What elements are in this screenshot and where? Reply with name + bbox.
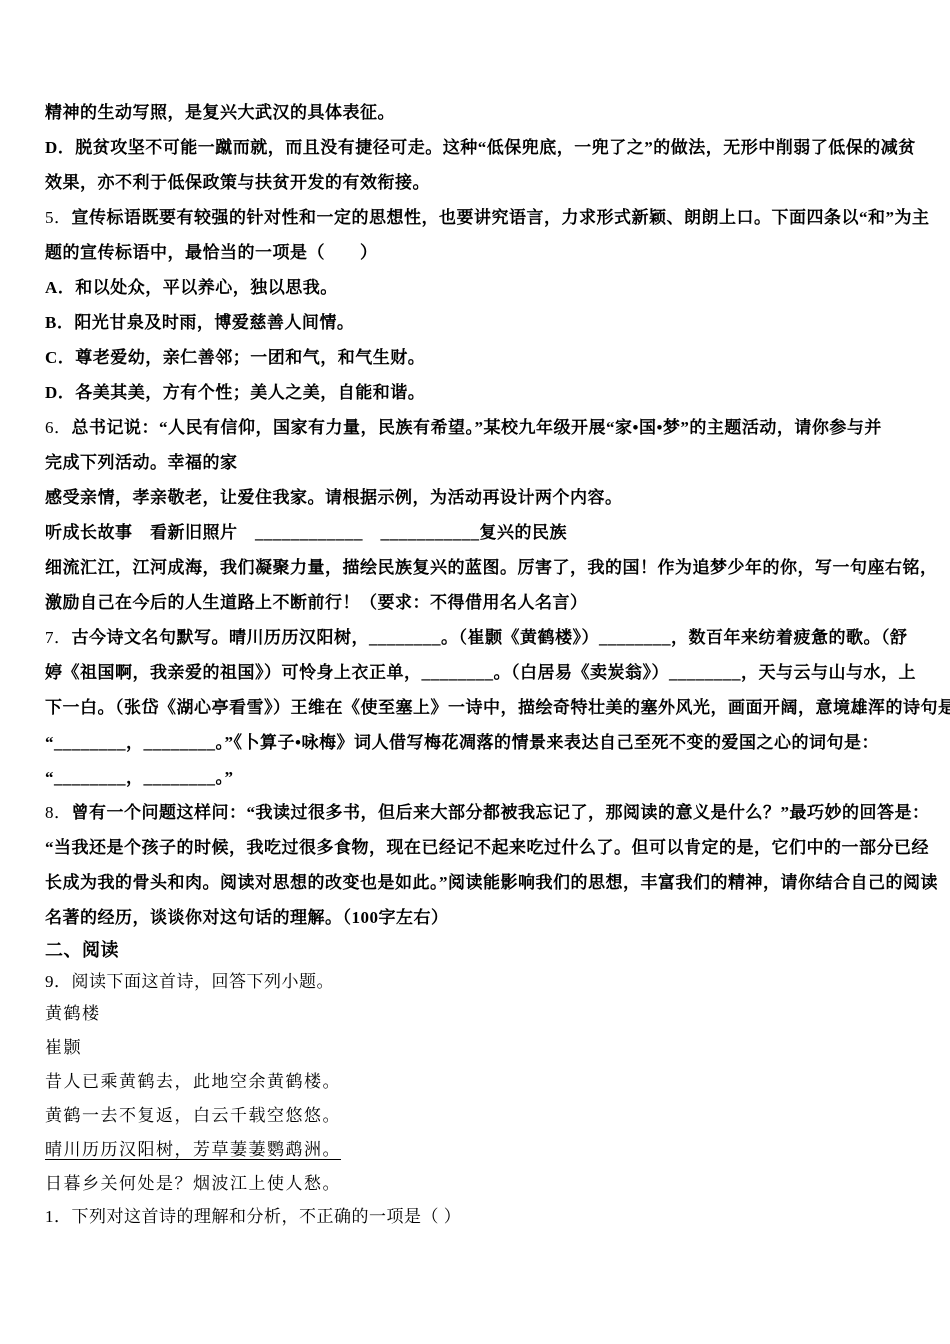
line-text: A．和以处众，平以养心，独以思我。 [45, 278, 338, 297]
line-text: 婷《祖国啊，我亲爱的祖国》）可怜身上衣正单，________。（白居易《卖炭翁》… [45, 663, 916, 682]
line-text: 宣传标语既要有较强的针对性和一定的思想性，也要讲究语言，力求形式新颖、朗朗上口。… [72, 208, 930, 227]
line-text: 题的宣传标语中，最恰当的一项是（ ） [45, 243, 378, 262]
question-number: 8． [45, 803, 72, 822]
text-line: C．尊老爱幼，亲仁善邻；一团和气，和气生财。 [45, 340, 920, 375]
exam-page: 精神的生动写照，是复兴大武汉的具体表征。D．脱贫攻坚不可能一蹴而就，而且没有捷径… [0, 0, 950, 1344]
text-line: 晴川历历汉阳树，芳草萋萋鹦鹉洲。 [45, 1133, 920, 1167]
text-line: 5．宣传标语既要有较强的针对性和一定的思想性，也要讲究语言，力求形式新颖、朗朗上… [45, 200, 920, 235]
text-line: “________，________。”《卜算子•咏梅》词人借写梅花凋落的情景来… [45, 725, 920, 760]
line-text: D．各美其美，方有个性；美人之美，自能和谐。 [45, 383, 425, 402]
line-text: 激励自己在今后的人生道路上不断前行！（要求：不得借用名人名言） [45, 593, 588, 612]
text-line: 婷《祖国啊，我亲爱的祖国》）可怜身上衣正单，________。（白居易《卖炭翁》… [45, 655, 920, 690]
line-text: 曾有一个问题这样问：“我读过很多书，但后来大部分都被我忘记了，那阅读的意义是什么… [72, 803, 930, 822]
line-text: “________，________。” [45, 768, 234, 787]
line-text: 细流汇江，江河成海，我们凝聚力量，描绘民族复兴的蓝图。厉害了，我的国！作为追梦少… [45, 558, 938, 577]
question-number: 5． [45, 208, 72, 227]
line-text: 下列对这首诗的理解和分析，不正确的一项是（ ） [72, 1207, 462, 1226]
text-line: 听成长故事 看新旧照片 ____________ ___________复兴的民… [45, 515, 920, 550]
line-text: C．尊老爱幼，亲仁善邻；一团和气，和气生财。 [45, 348, 425, 367]
line-text: “________，________。”《卜算子•咏梅》词人借写梅花凋落的情景来… [45, 733, 879, 752]
line-text: 感受亲情，孝亲敬老，让爱住我家。请根据示例，为活动再设计两个内容。 [45, 488, 623, 507]
text-line: D．脱贫攻坚不可能一蹴而就，而且没有捷径可走。这种“低保兜底，一兜了之”的做法，… [45, 130, 920, 165]
question-number: 7． [45, 628, 72, 647]
text-line: 细流汇江，江河成海，我们凝聚力量，描绘民族复兴的蓝图。厉害了，我的国！作为追梦少… [45, 550, 920, 585]
text-line: D．各美其美，方有个性；美人之美，自能和谐。 [45, 375, 920, 410]
text-line: 激励自己在今后的人生道路上不断前行！（要求：不得借用名人名言） [45, 585, 920, 620]
question-number: 6． [45, 418, 72, 437]
line-text: 昔人已乘黄鹤去，此地空余黄鹤楼。 [45, 1072, 341, 1091]
line-text: 效果，亦不利于低保政策与扶贫开发的有效衔接。 [45, 173, 430, 192]
text-line: “________，________。” [45, 760, 920, 795]
text-line: 日暮乡关何处是？烟波江上使人愁。 [45, 1167, 920, 1201]
line-text: 听成长故事 看新旧照片 ____________ ___________复兴的民… [45, 523, 567, 542]
exam-content: 精神的生动写照，是复兴大武汉的具体表征。D．脱贫攻坚不可能一蹴而就，而且没有捷径… [45, 95, 920, 1232]
text-line: 崔颢 [45, 1031, 920, 1065]
text-line: 完成下列活动。幸福的家 [45, 445, 920, 480]
text-line: 1．下列对这首诗的理解和分析，不正确的一项是（ ） [45, 1201, 920, 1232]
text-line: 长成为我的骨头和肉。阅读对思想的改变也是如此。”阅读能影响我们的思想，丰富我们的… [45, 865, 920, 900]
text-line: “当我还是个孩子的时候，我吃过很多食物，现在已经记不起来吃过什么了。但可以肯定的… [45, 830, 920, 865]
text-line: 7．古今诗文名句默写。晴川历历汉阳树，________。（崔颢《黄鹤楼》）___… [45, 620, 920, 655]
line-text: 黄鹤楼 [45, 1004, 101, 1023]
line-text: 古今诗文名句默写。晴川历历汉阳树，________。（崔颢《黄鹤楼》）_____… [72, 628, 908, 647]
text-line: A．和以处众，平以养心，独以思我。 [45, 270, 920, 305]
line-text: 精神的生动写照，是复兴大武汉的具体表征。 [45, 103, 395, 122]
line-text: “当我还是个孩子的时候，我吃过很多食物，现在已经记不起来吃过什么了。但可以肯定的… [45, 838, 929, 857]
question-number: 1． [45, 1207, 72, 1226]
text-line: 精神的生动写照，是复兴大武汉的具体表征。 [45, 95, 920, 130]
line-text: 晴川历历汉阳树，芳草萋萋鹦鹉洲。 [45, 1140, 341, 1159]
text-line: 黄鹤楼 [45, 997, 920, 1031]
text-line: 昔人已乘黄鹤去，此地空余黄鹤楼。 [45, 1065, 920, 1099]
text-line: 下一白。（张岱《湖心亭看雪》）王维在《使至塞上》一诗中，描绘奇特壮美的塞外风光，… [45, 690, 920, 725]
line-text: 二、阅读 [45, 940, 119, 960]
line-text: D．脱贫攻坚不可能一蹴而就，而且没有捷径可走。这种“低保兜底，一兜了之”的做法，… [45, 138, 916, 157]
line-text: 崔颢 [45, 1038, 82, 1057]
text-line: 8．曾有一个问题这样问：“我读过很多书，但后来大部分都被我忘记了，那阅读的意义是… [45, 795, 920, 830]
text-line: 6．总书记说：“人民有信仰，国家有力量，民族有希望。”某校九年级开展“家•国•梦… [45, 410, 920, 445]
text-line: 9．阅读下面这首诗，回答下列小题。 [45, 966, 920, 997]
line-text: 长成为我的骨头和肉。阅读对思想的改变也是如此。”阅读能影响我们的思想，丰富我们的… [45, 873, 938, 892]
line-text: B．阳光甘泉及时雨，博爱慈善人间情。 [45, 313, 354, 332]
text-line: 二、阅读 [45, 935, 920, 966]
line-text: 总书记说：“人民有信仰，国家有力量，民族有希望。”某校九年级开展“家•国•梦”的… [72, 418, 882, 437]
line-text: 日暮乡关何处是？烟波江上使人愁。 [45, 1174, 341, 1193]
text-line: 效果，亦不利于低保政策与扶贫开发的有效衔接。 [45, 165, 920, 200]
question-number: 9． [45, 972, 72, 991]
text-line: B．阳光甘泉及时雨，博爱慈善人间情。 [45, 305, 920, 340]
line-text: 名著的经历，谈谈你对这句话的理解。（100字左右） [45, 908, 449, 927]
line-text: 黄鹤一去不复返，白云千载空悠悠。 [45, 1106, 341, 1125]
text-line: 名著的经历，谈谈你对这句话的理解。（100字左右） [45, 900, 920, 935]
line-text: 阅读下面这首诗，回答下列小题。 [72, 972, 335, 991]
text-line: 感受亲情，孝亲敬老，让爱住我家。请根据示例，为活动再设计两个内容。 [45, 480, 920, 515]
line-text: 下一白。（张岱《湖心亭看雪》）王维在《使至塞上》一诗中，描绘奇特壮美的塞外风光，… [45, 698, 950, 717]
text-line: 黄鹤一去不复返，白云千载空悠悠。 [45, 1099, 920, 1133]
line-text: 完成下列活动。幸福的家 [45, 453, 238, 472]
text-line: 题的宣传标语中，最恰当的一项是（ ） [45, 235, 920, 270]
